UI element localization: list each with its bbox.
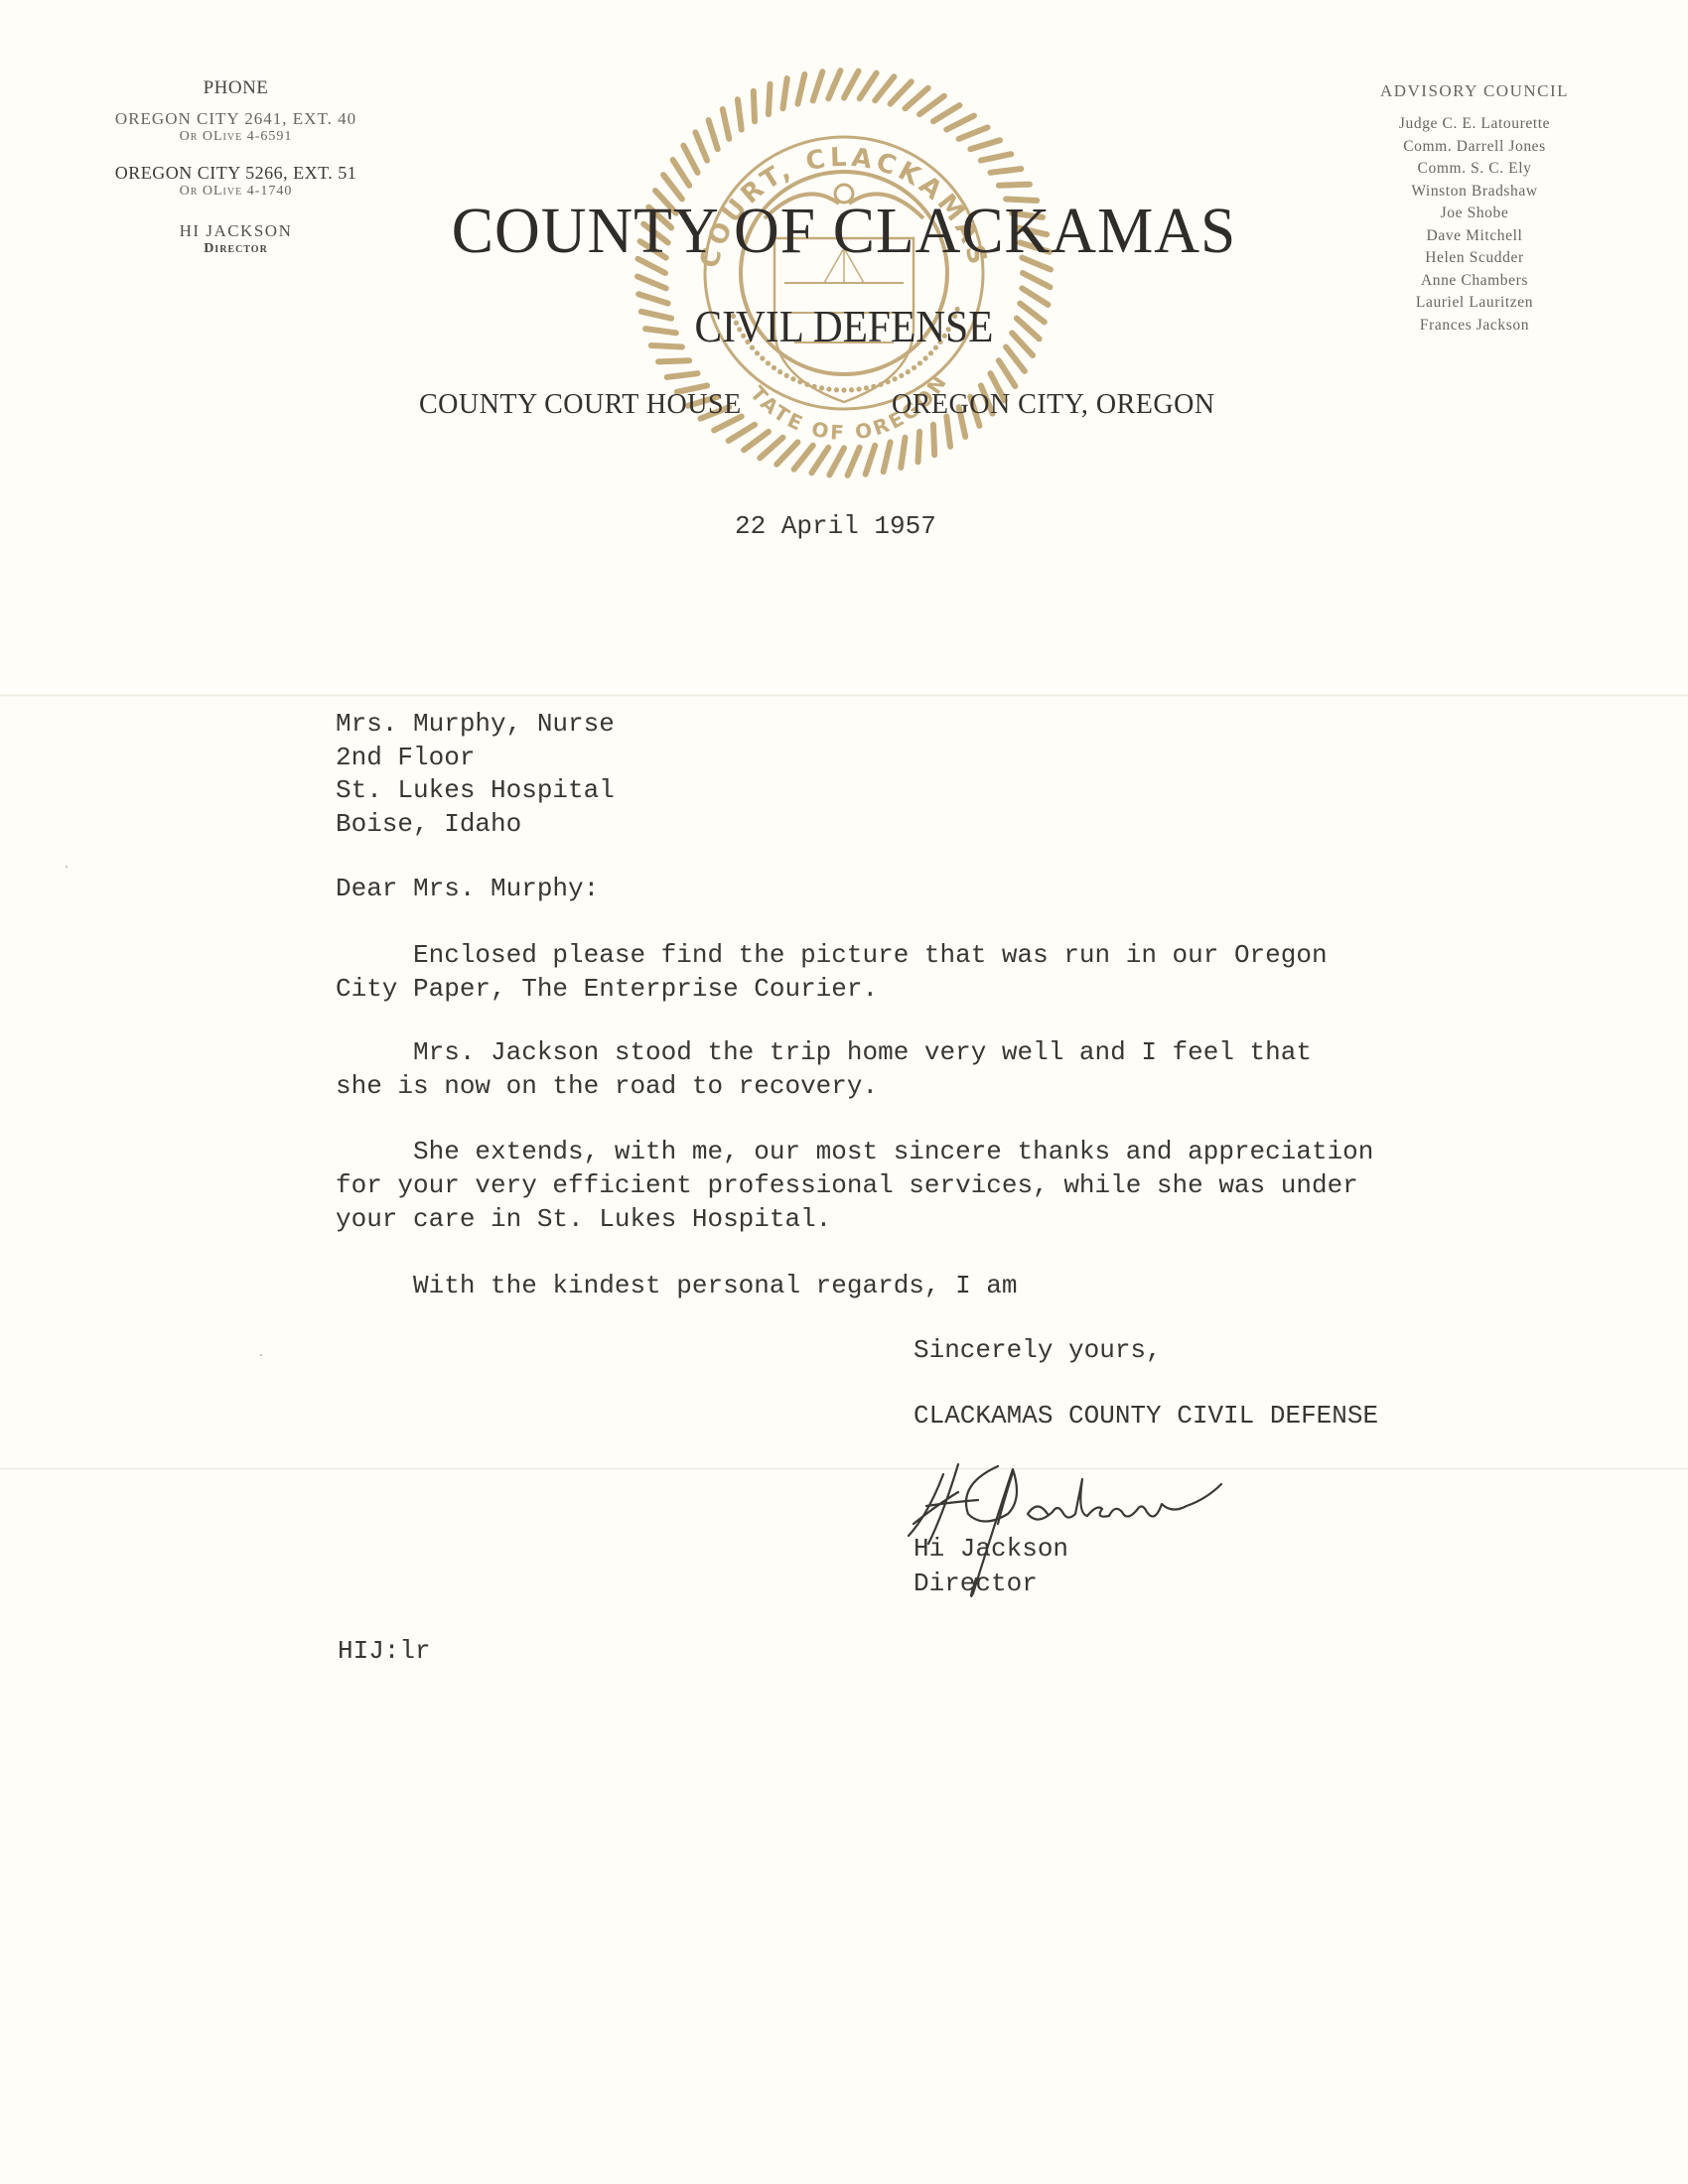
body-paragraph-2: Mrs. Jackson stood the trip home very we…	[336, 1035, 1468, 1103]
paper-fold-line-top	[0, 694, 1688, 697]
signer-name: Hi Jackson	[914, 1532, 1068, 1567]
county-seal-icon: COUNTY COURT, CLACKAMAS COUNTY STATE OF …	[626, 60, 1062, 486]
letterhead-title: COUNTY OF CLACKAMAS	[425, 199, 1264, 264]
advisory-council-member: Joe Shobe	[1350, 203, 1599, 225]
recipient-line: 2nd Floor	[336, 742, 615, 775]
organization-name: CLACKAMAS COUNTY CIVIL DEFENSE	[914, 1401, 1378, 1431]
advisory-council-member: Comm. S. C. Ely	[1350, 158, 1599, 181]
closing: Sincerely yours,	[914, 1335, 1162, 1365]
advisory-council-member: Helen Scudder	[1350, 247, 1599, 270]
body-paragraph-3: She extends, with me, our most sincere t…	[336, 1135, 1468, 1236]
letterhead-address-left: COUNTY COURT HOUSE	[419, 389, 742, 421]
recipient-line: St. Lukes Hospital	[336, 774, 615, 808]
signer-title: Director	[914, 1567, 1068, 1601]
advisory-council-member: Comm. Darrell Jones	[1350, 136, 1599, 159]
advisory-council-member: Winston Bradshaw	[1350, 181, 1599, 204]
salutation: Dear Mrs. Murphy:	[336, 874, 599, 903]
recipient-line: Mrs. Murphy, Nurse	[336, 708, 615, 742]
reference-initials: HIJ:lr	[338, 1636, 431, 1666]
letter-date: 22 April 1957	[735, 511, 936, 541]
phone-contact-block: PHONE OREGON CITY 2641, EXT. 40 Or OLive…	[70, 77, 402, 257]
paper-fold-line-bottom	[0, 1467, 1688, 1470]
letterhead-subtitle: CIVIL DEFENSE	[621, 304, 1067, 349]
advisory-council-member: Anne Chambers	[1350, 270, 1599, 293]
advisory-council-heading: ADVISORY COUNCIL	[1350, 81, 1599, 101]
director-name: HI JACKSON	[70, 221, 402, 241]
director-title: Director	[70, 241, 402, 257]
phone-line-4: Or OLive 4-1740	[70, 184, 402, 200]
advisory-council-member: Dave Mitchell	[1350, 225, 1599, 248]
letterhead-address-right: OREGON CITY, OREGON	[892, 389, 1215, 421]
recipient-address: Mrs. Murphy, Nurse2nd FloorSt. Lukes Hos…	[336, 708, 615, 841]
phone-line-3: OREGON CITY 5266, EXT. 51	[70, 163, 402, 184]
recipient-line: Boise, Idaho	[336, 808, 615, 842]
body-paragraph-4: With the kindest personal regards, I am	[336, 1269, 1468, 1302]
phone-heading: PHONE	[70, 77, 402, 99]
advisory-council-member: Judge C. E. Latourette	[1350, 113, 1599, 136]
phone-line-2: Or OLive 4-6591	[70, 129, 402, 145]
signer-block: Hi JacksonDirector	[914, 1532, 1068, 1601]
body-paragraph-1: Enclosed please find the picture that wa…	[336, 938, 1468, 1006]
advisory-council-member: Frances Jackson	[1350, 315, 1599, 338]
paper-speck	[260, 1354, 262, 1356]
advisory-council-member: Lauriel Lauritzen	[1350, 292, 1599, 315]
advisory-council-block: ADVISORY COUNCIL Judge C. E. LatouretteC…	[1350, 81, 1599, 337]
phone-line-1: OREGON CITY 2641, EXT. 40	[70, 109, 402, 129]
paper-speck	[66, 866, 68, 868]
